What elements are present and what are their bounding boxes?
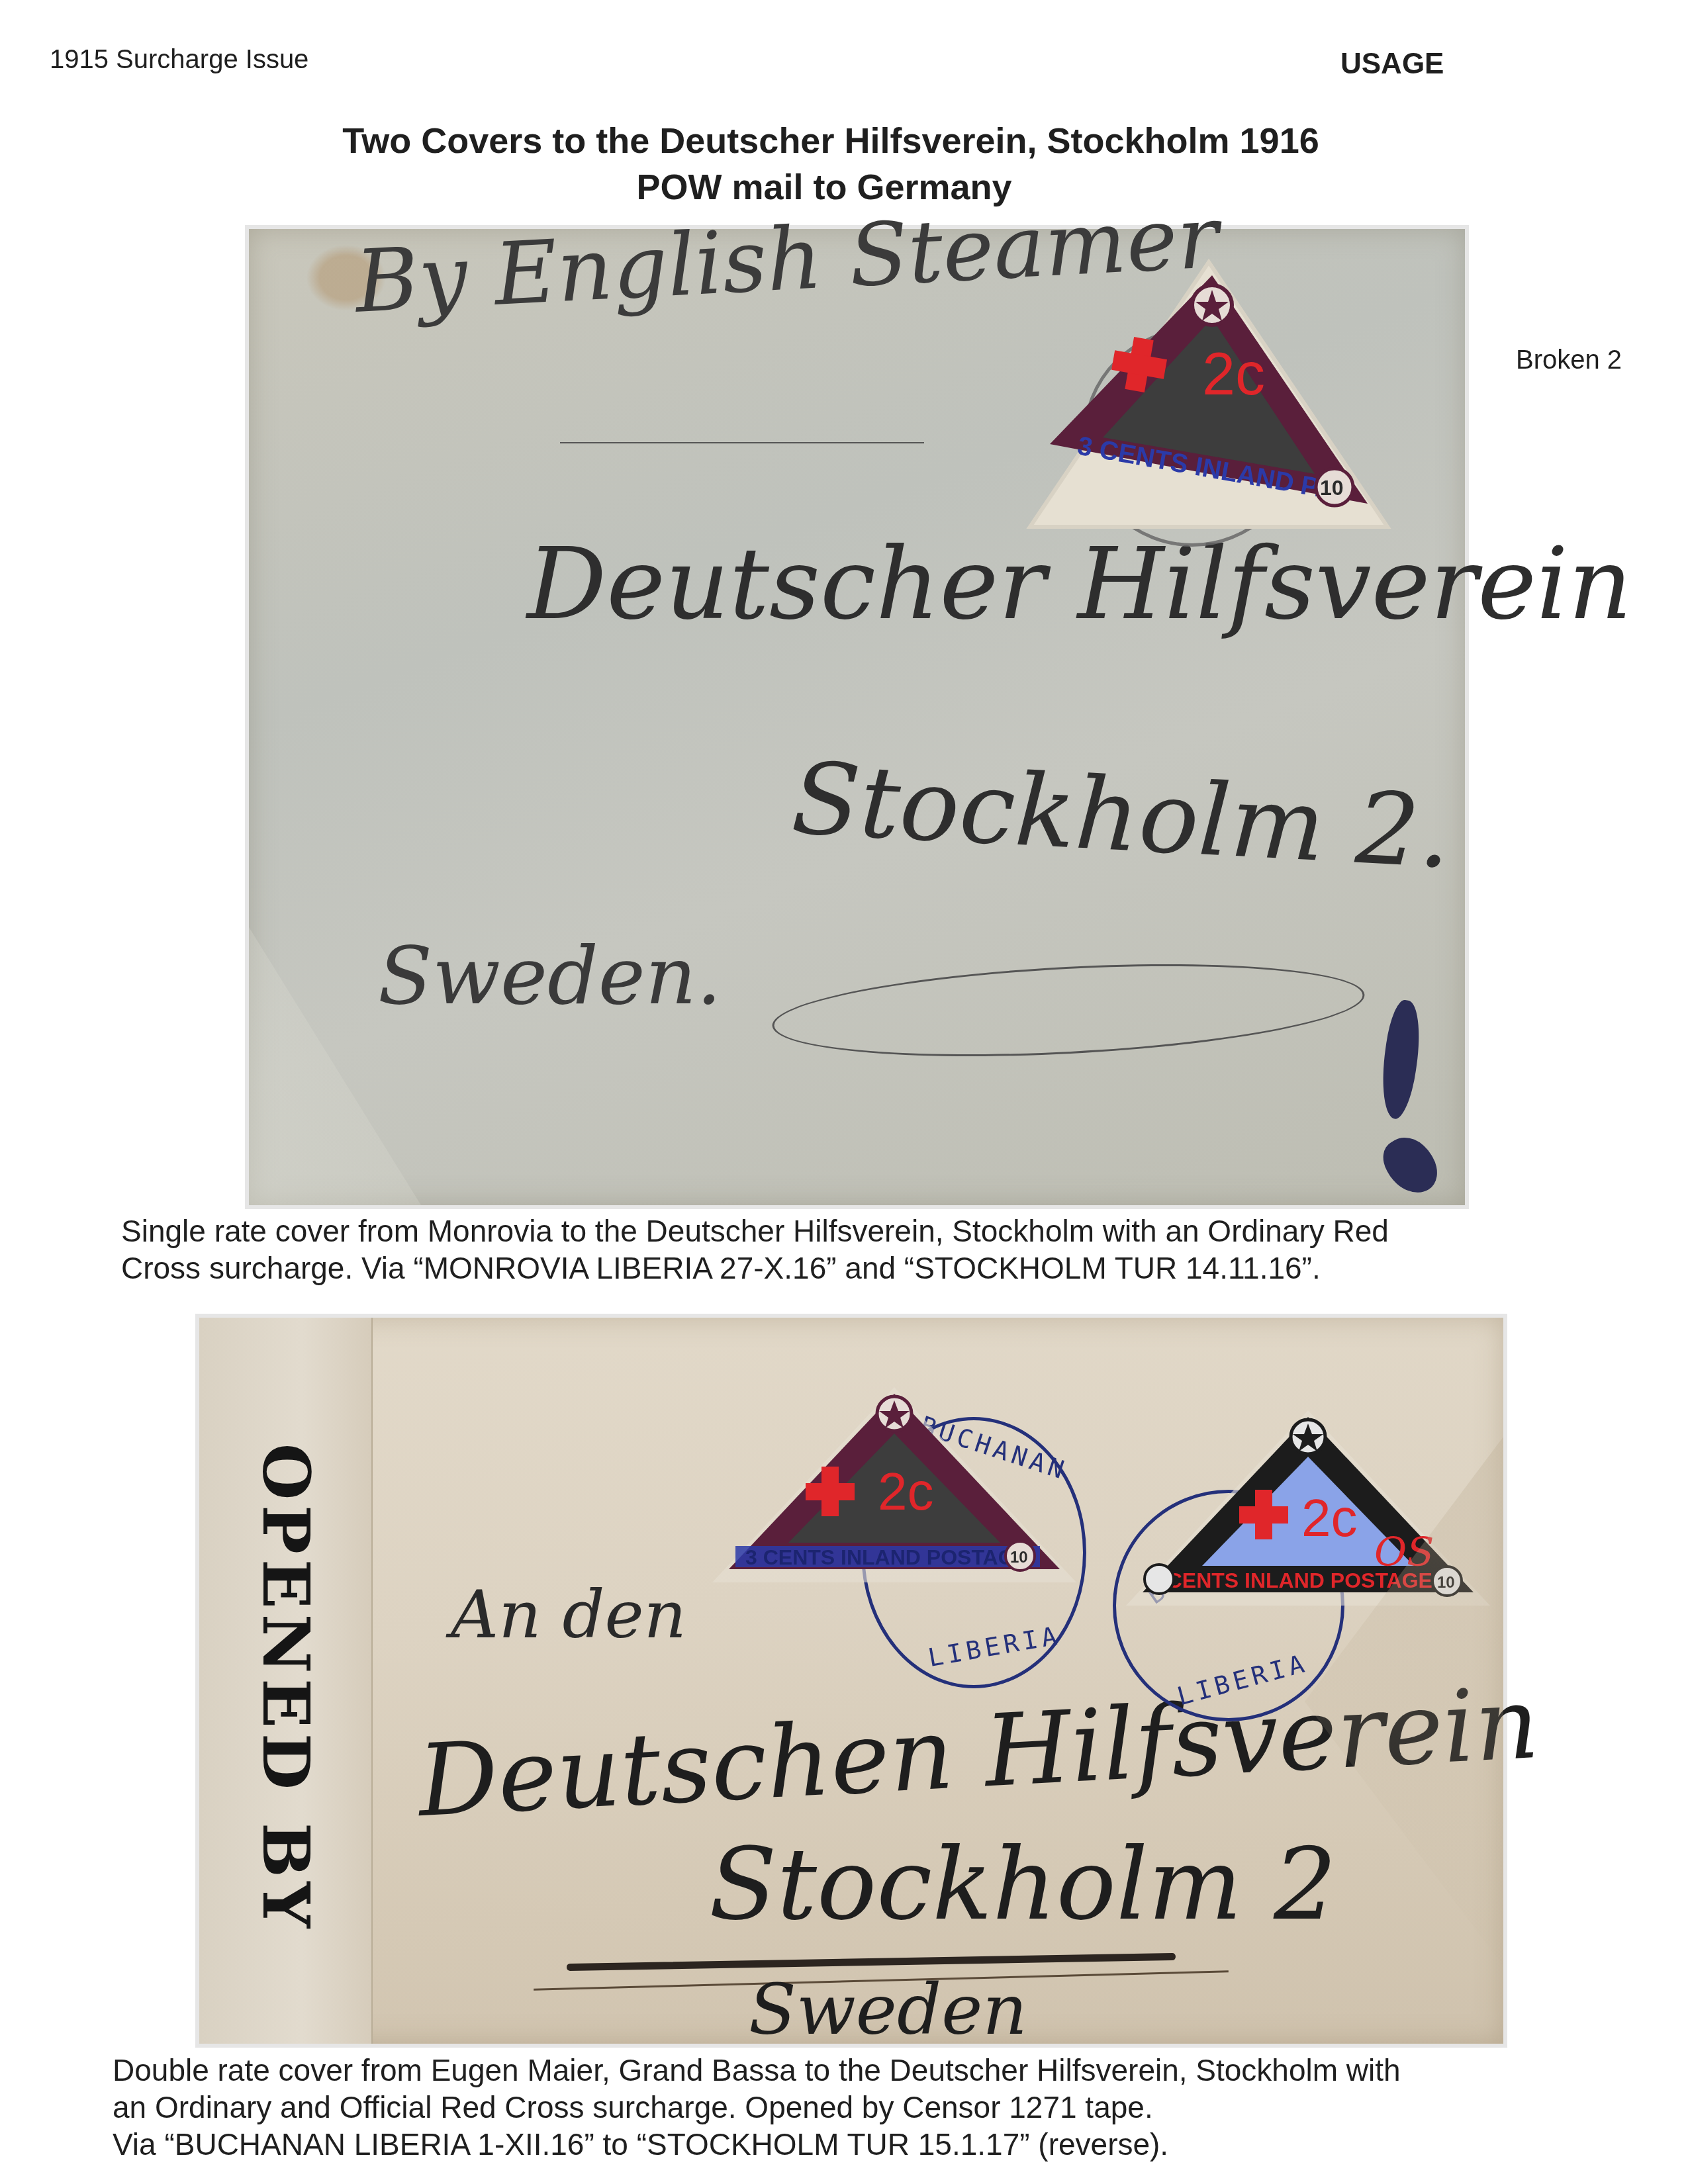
caption-cover-2: Double rate cover from Eugen Maier, Gran… bbox=[113, 2052, 1401, 2163]
handwriting-city: Stockholm 2. bbox=[789, 741, 1454, 891]
svg-text:10: 10 bbox=[1010, 1549, 1028, 1567]
underline bbox=[567, 1953, 1176, 1971]
city-flourish bbox=[770, 952, 1367, 1069]
svg-text:10: 10 bbox=[1320, 476, 1344, 500]
svg-text:10: 10 bbox=[1437, 1574, 1455, 1592]
cover-1: By English Steamer Deutscher Hilfsverein… bbox=[245, 225, 1469, 1209]
triangle-stamp-icon: 2c 3 CENTS INLAND P. 10 bbox=[1023, 255, 1394, 540]
svg-text:2c: 2c bbox=[1301, 1488, 1358, 1547]
postmark-bottom-text: LIBERIA bbox=[926, 1621, 1063, 1672]
censor-tape: OPENED BY bbox=[199, 1318, 373, 2044]
page-subtitle: POW mail to Germany bbox=[0, 164, 1668, 210]
censor-tape-text: OPENED BY bbox=[248, 1443, 324, 1933]
svg-text:2c: 2c bbox=[878, 1462, 934, 1521]
handwriting-salutation: An den bbox=[451, 1576, 686, 1653]
category-label: USAGE bbox=[1340, 48, 1444, 81]
svg-text:3 CENTS INLAND POSTAGE: 3 CENTS INLAND POSTAGE bbox=[1149, 1569, 1432, 1592]
triangle-stamp-icon: 2c 3 CENTS INLAND POSTAGE 10 bbox=[709, 1387, 1080, 1586]
caption-line: an Ordinary and Official Red Cross surch… bbox=[113, 2089, 1401, 2126]
caption-line: Via “BUCHANAN LIBERIA 1-XII.16” to “STOC… bbox=[113, 2126, 1401, 2163]
censor-mark bbox=[1376, 1128, 1446, 1203]
side-note: Broken 2 bbox=[1516, 345, 1622, 375]
svg-text:3 CENTS INLAND POSTAGE: 3 CENTS INLAND POSTAGE bbox=[745, 1545, 1029, 1569]
svg-text:2c: 2c bbox=[1202, 341, 1265, 408]
underline bbox=[560, 442, 924, 443]
caption-cover-1: Single rate cover from Monrovia to the D… bbox=[121, 1212, 1389, 1287]
handwriting-country: Sweden bbox=[749, 1970, 1027, 2050]
postmark-bottom-text: LIBERIA bbox=[1174, 1649, 1311, 1711]
cover-2: OPENED BY An den Deutschen Hilfsverein S… bbox=[195, 1314, 1507, 2048]
handwriting-city: Stockholm 2 bbox=[709, 1827, 1337, 1942]
caption-line: Single rate cover from Monrovia to the D… bbox=[121, 1212, 1389, 1250]
handwriting-addressee: Deutschen Hilfsverein bbox=[416, 1666, 1542, 1839]
handwriting-addressee: Deutscher Hilfsverein bbox=[527, 527, 1632, 642]
handwriting-country: Sweden. bbox=[378, 931, 722, 1023]
caption-line: Cross surcharge. Via “MONROVIA LIBERIA 2… bbox=[121, 1250, 1389, 1287]
triangle-stamp-icon: 2c OS 3 CENTS INLAND POSTAGE 10 bbox=[1123, 1410, 1493, 1609]
caption-line: Double rate cover from Eugen Maier, Gran… bbox=[113, 2052, 1401, 2089]
censor-mark bbox=[1376, 998, 1426, 1120]
section-label: 1915 Surcharge Issue bbox=[50, 45, 308, 75]
page-title: Two Covers to the Deutscher Hilfsverein,… bbox=[0, 118, 1675, 164]
